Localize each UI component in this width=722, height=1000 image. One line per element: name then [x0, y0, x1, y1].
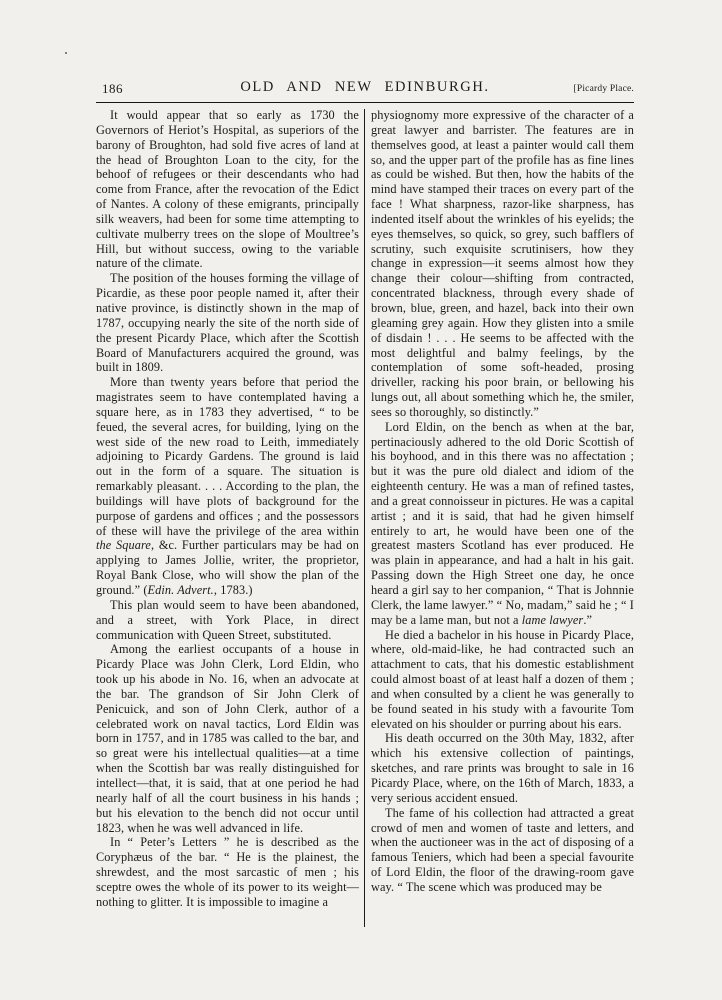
paragraph: More than twenty years before that perio… — [96, 375, 359, 598]
column-divider-rule — [364, 109, 365, 927]
page-title: OLD AND NEW EDINBURGH. — [96, 79, 634, 96]
italic-text-run: the Square — [96, 538, 151, 552]
text-run: This plan would seem to have been abando… — [96, 598, 359, 642]
printed-page: 186 OLD AND NEW EDINBURGH. [Picardy Plac… — [96, 78, 634, 910]
paragraph: His death occurred on the 30th May, 1832… — [371, 731, 634, 805]
scan-speck — [65, 52, 67, 54]
paragraph: Lord Eldin, on the bench as when at the … — [371, 420, 634, 628]
text-run: More than twenty years before that perio… — [96, 375, 359, 537]
text-run: physiognomy more expressive of the chara… — [371, 108, 634, 419]
italic-text-run: lame lawyer — [522, 613, 584, 627]
text-run: .” — [583, 613, 592, 627]
paragraph: physiognomy more expressive of the chara… — [371, 108, 634, 420]
text-run: The position of the houses forming the v… — [96, 271, 359, 374]
book-page-scan: { "page": { "number": "186", "title": "O… — [0, 0, 722, 1000]
page-header: 186 OLD AND NEW EDINBURGH. [Picardy Plac… — [96, 78, 634, 102]
paragraph: The position of the houses forming the v… — [96, 271, 359, 375]
text-run: It would appear that so early as 1730 th… — [96, 108, 359, 270]
italic-text-run: Edin. Advert. — [148, 583, 214, 597]
text-columns: It would appear that so early as 1730 th… — [96, 108, 634, 910]
paragraph: In “ Peter’s Letters ” he is described a… — [96, 835, 359, 909]
header-rule — [96, 102, 634, 103]
running-head: [Picardy Place. — [573, 84, 634, 94]
text-run: In “ Peter’s Letters ” he is described a… — [96, 835, 359, 908]
paragraph: He died a bachelor in his house in Picar… — [371, 628, 634, 732]
text-run: Lord Eldin, on the bench as when at the … — [371, 420, 634, 627]
paragraph: This plan would seem to have been abando… — [96, 598, 359, 643]
paragraph: It would appear that so early as 1730 th… — [96, 108, 359, 271]
text-run: , 1783.) — [214, 583, 253, 597]
right-column: physiognomy more expressive of the chara… — [371, 108, 634, 910]
text-run: His death occurred on the 30th May, 1832… — [371, 731, 634, 804]
text-run: Among the earliest occupants of a house … — [96, 642, 359, 834]
paragraph: The fame of his collection had attracted… — [371, 806, 634, 895]
text-run: He died a bachelor in his house in Picar… — [371, 628, 634, 731]
left-column: It would appear that so early as 1730 th… — [96, 108, 359, 910]
paragraph: Among the earliest occupants of a house … — [96, 642, 359, 835]
text-run: The fame of his collection had attracted… — [371, 806, 634, 894]
